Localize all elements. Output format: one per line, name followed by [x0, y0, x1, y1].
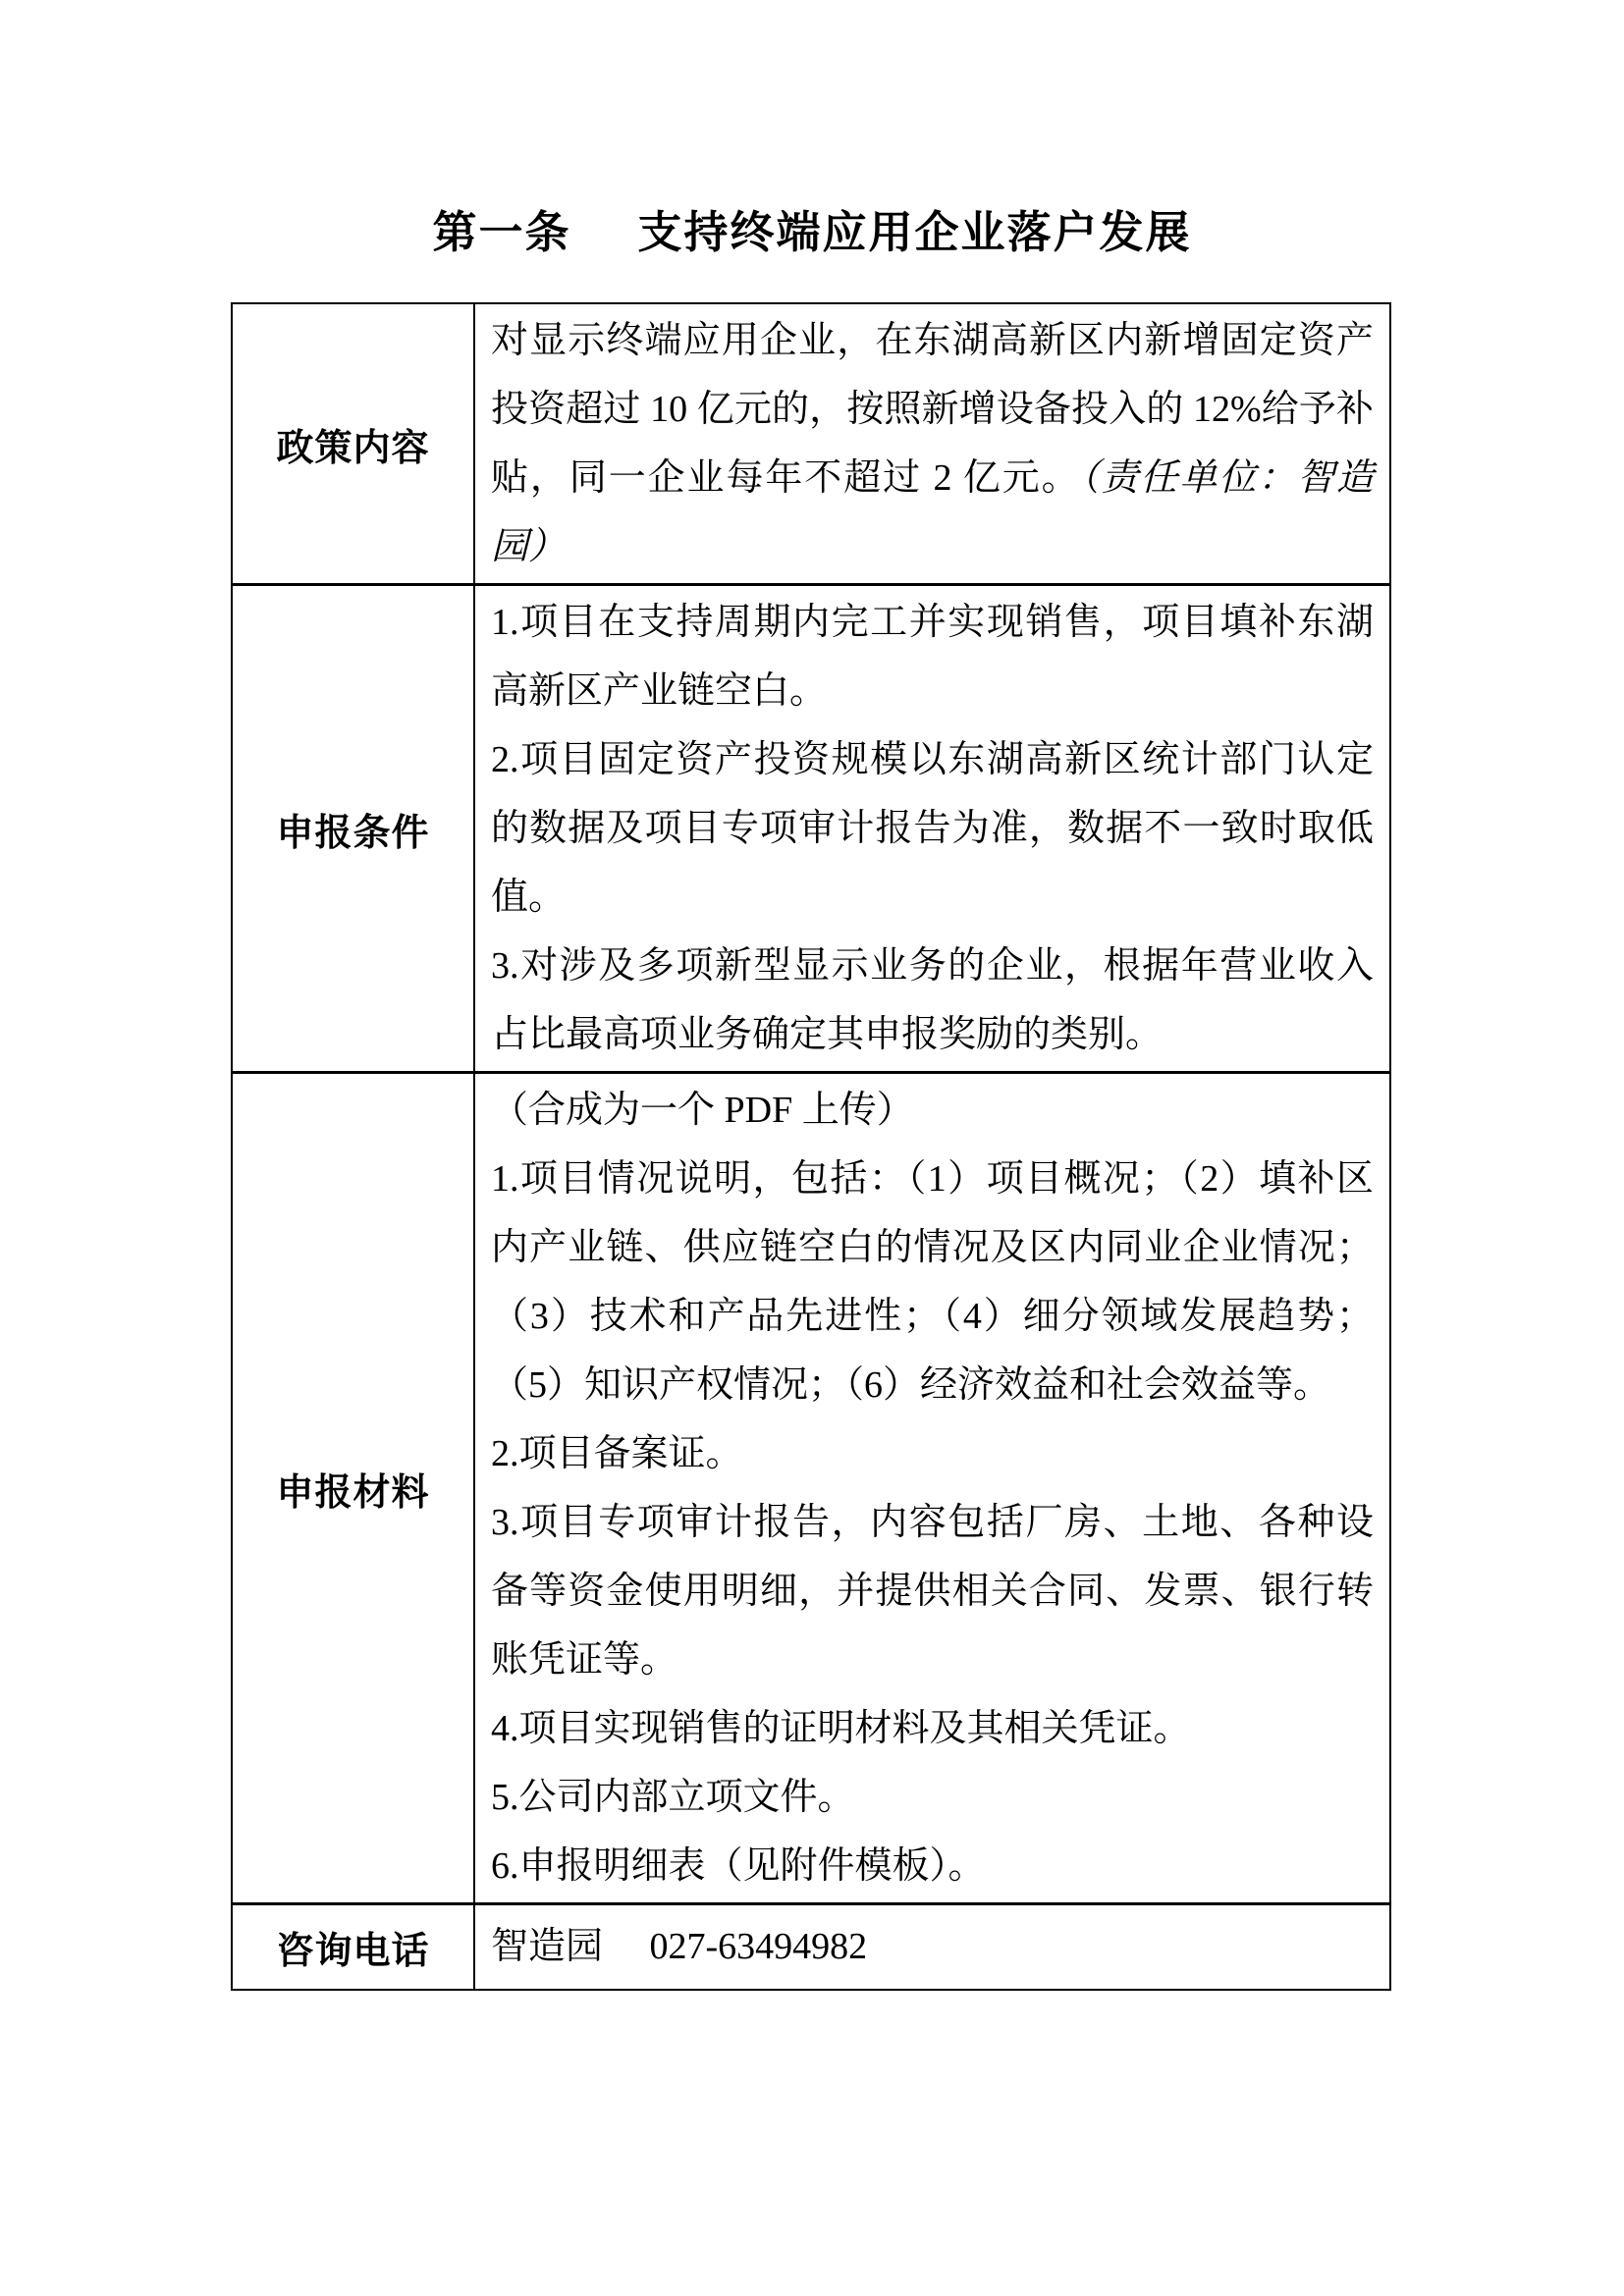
article-title-text: 支持终端应用企业落户发展: [638, 208, 1192, 257]
text-run: 3.对涉及多项新型显示业务的企业，根据年营业收入占比最高项业务确定其申报奖励的类…: [491, 945, 1374, 1055]
table-row: 政策内容对显示终端应用企业，在东湖高新区内新增固定资产投资超过 10 亿元的，按…: [232, 303, 1390, 585]
paragraph: 3.对涉及多项新型显示业务的企业，根据年营业收入占比最高项业务确定其申报奖励的类…: [491, 932, 1374, 1069]
article-number: 第一条: [432, 208, 570, 257]
row-content: 对显示终端应用企业，在东湖高新区内新增固定资产投资超过 10 亿元的，按照新增设…: [474, 303, 1390, 585]
row-content: 1.项目在支持周期内完工并实现销售，项目填补东湖高新区产业链空白。2.项目固定资…: [474, 585, 1390, 1073]
text-run: 3.项目专项审计报告，内容包括厂房、土地、各种设备等资金使用明细，并提供相关合同…: [491, 1502, 1374, 1681]
paragraph: （合成为一个 PDF 上传）: [491, 1076, 1374, 1145]
text-run: 2.项目备案证。: [491, 1433, 743, 1474]
paragraph: 4.项目实现销售的证明材料及其相关凭证。: [491, 1694, 1374, 1763]
text-run: 智造园 027-63494982: [491, 1926, 867, 1967]
paragraph: 5.公司内部立项文件。: [491, 1763, 1374, 1832]
row-label: 申报条件: [232, 585, 474, 1073]
paragraph: 智造园 027-63494982: [491, 1912, 1374, 1981]
article-heading: 第一条支持终端应用企业落户发展: [0, 206, 1624, 259]
paragraph: 3.项目专项审计报告，内容包括厂房、土地、各种设备等资金使用明细，并提供相关合同…: [491, 1488, 1374, 1694]
paragraph: 对显示终端应用企业，在东湖高新区内新增固定资产投资超过 10 亿元的，按照新增设…: [491, 306, 1374, 581]
paragraph: 1.项目情况说明，包括：（1）项目概况；（2）填补区内产业链、供应链空白的情况及…: [491, 1145, 1374, 1419]
paragraph: 1.项目在支持周期内完工并实现销售，项目填补东湖高新区产业链空白。: [491, 588, 1374, 725]
table-row: 申报材料（合成为一个 PDF 上传）1.项目情况说明，包括：（1）项目概况；（2…: [232, 1073, 1390, 1904]
row-label: 申报材料: [232, 1073, 474, 1904]
table-row: 咨询电话智造园 027-63494982: [232, 1904, 1390, 1990]
row-content: 智造园 027-63494982: [474, 1904, 1390, 1990]
policy-table: 政策内容对显示终端应用企业，在东湖高新区内新增固定资产投资超过 10 亿元的，按…: [231, 302, 1391, 1991]
row-label: 政策内容: [232, 303, 474, 585]
text-run: 1.项目情况说明，包括：（1）项目概况；（2）填补区内产业链、供应链空白的情况及…: [491, 1158, 1374, 1406]
text-run: （合成为一个 PDF 上传）: [491, 1090, 914, 1131]
paragraph: 2.项目备案证。: [491, 1419, 1374, 1488]
table-row: 申报条件1.项目在支持周期内完工并实现销售，项目填补东湖高新区产业链空白。2.项…: [232, 585, 1390, 1073]
text-run: 1.项目在支持周期内完工并实现销售，项目填补东湖高新区产业链空白。: [491, 602, 1374, 712]
text-run: 6.申报明细表（见附件模板）。: [491, 1845, 986, 1887]
paragraph: 6.申报明细表（见附件模板）。: [491, 1832, 1374, 1900]
text-run: 5.公司内部立项文件。: [491, 1777, 855, 1818]
paragraph: 2.项目固定资产投资规模以东湖高新区统计部门认定的数据及项目专项审计报告为准，数…: [491, 725, 1374, 932]
text-run: 2.项目固定资产投资规模以东湖高新区统计部门认定的数据及项目专项审计报告为准，数…: [491, 739, 1374, 918]
row-label: 咨询电话: [232, 1904, 474, 1990]
row-content: （合成为一个 PDF 上传）1.项目情况说明，包括：（1）项目概况；（2）填补区…: [474, 1073, 1390, 1904]
document-page: { "page_title": { "article_no": "第一条", "…: [0, 0, 1624, 2296]
policy-table-body: 政策内容对显示终端应用企业，在东湖高新区内新增固定资产投资超过 10 亿元的，按…: [232, 303, 1390, 1990]
text-run: 4.项目实现销售的证明材料及其相关凭证。: [491, 1708, 1191, 1749]
